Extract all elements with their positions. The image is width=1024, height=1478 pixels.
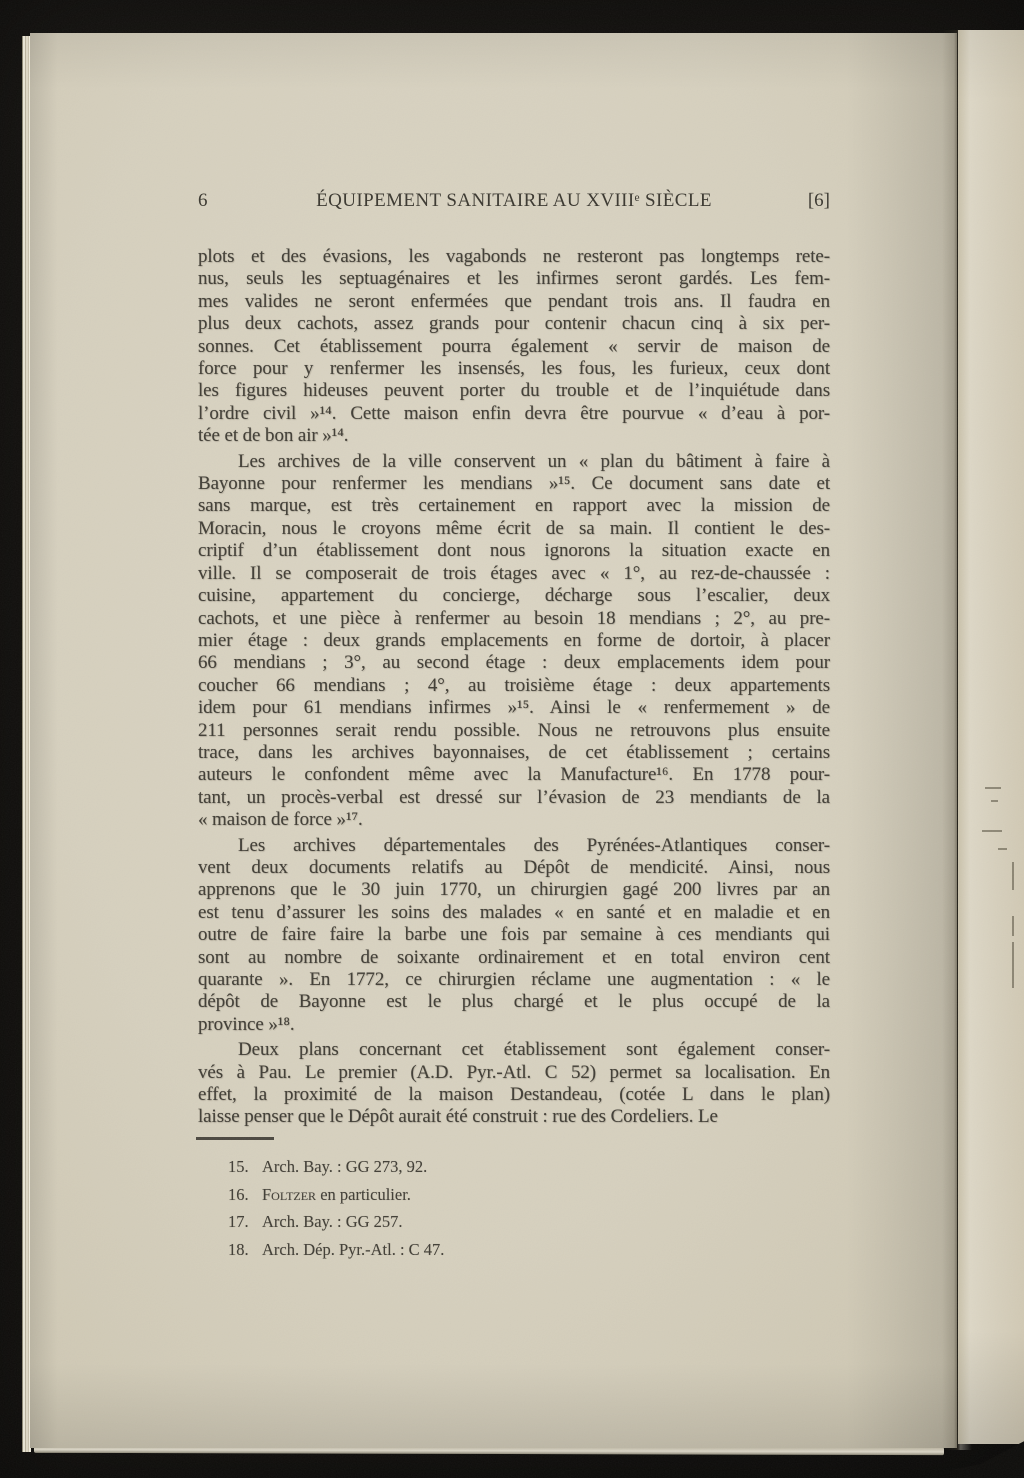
text-line: sans marque, est très certainement en ra… (198, 495, 830, 517)
text-line: tant, un procès-verbal est dressé sur l’… (198, 787, 830, 809)
footnote-16: 16. Foltzer en particulier. (228, 1181, 788, 1209)
text-line: auteurs le confondent même avec la Manuf… (198, 764, 830, 786)
bleed-mark (1012, 916, 1014, 936)
bleed-mark (985, 787, 1001, 789)
text-line: les figures hideuses peuvent porter du t… (198, 380, 830, 402)
page-number-right: [6] (760, 190, 830, 212)
book-page: 6 ÉQUIPEMENT SANITAIRE AU XVIIIᵉ SIÈCLE … (30, 33, 957, 1448)
text-line: vés à Pau. Le premier (A.D. Pyr.-Atl. C … (198, 1062, 830, 1084)
text-line: plots et des évasions, les vagabonds ne … (198, 246, 830, 268)
text-line: cuisine, appartement du concierge, décha… (198, 585, 830, 607)
text-line: Les archives de la ville conservent un «… (198, 451, 830, 473)
text-line: force pour y renfermer les insensés, les… (198, 358, 830, 380)
text-line: laisse penser que le Dépôt aurait été co… (198, 1106, 830, 1128)
text-line: criptif d’un établissement dont nous ign… (198, 540, 830, 562)
text-line: apprenons que le 30 juin 1770, un chirur… (198, 879, 830, 901)
text-line: outre de faire faire la barbe une fois p… (198, 924, 830, 946)
text-line: coucher 66 mendians ; 4°, au troisième é… (198, 675, 830, 697)
body-text: plots et des évasions, les vagabonds ne … (198, 246, 830, 1129)
text-line: 211 personnes serait rendu possible. Nou… (198, 720, 830, 742)
facing-page-edge (958, 30, 1024, 1444)
footnote-number: 15. (228, 1153, 262, 1181)
text-line: mier étage : deux grands emplacements en… (198, 630, 830, 652)
text-line: plus deux cachots, assez grands pour con… (198, 313, 830, 335)
page-header: 6 ÉQUIPEMENT SANITAIRE AU XVIIIᵉ SIÈCLE … (198, 190, 830, 214)
text-line: mes valides ne seront enfermées que pend… (198, 291, 830, 313)
footnote-15: 15. Arch. Bay. : GG 273, 92. (228, 1153, 788, 1181)
footnote-number: 17. (228, 1208, 262, 1236)
text-line: quarante ». En 1772, ce chirurgien récla… (198, 969, 830, 991)
footnote-text: Arch. Bay. : GG 273, 92. (262, 1153, 427, 1181)
footnote-18: 18. Arch. Dép. Pyr.-Atl. : C 47. (228, 1236, 788, 1264)
page-number-left: 6 (198, 190, 268, 212)
text-line: Moracin, nous le croyons même écrit de s… (198, 518, 830, 540)
bleed-mark (1012, 942, 1014, 988)
footnote-text: Arch. Dép. Pyr.-Atl. : C 47. (262, 1236, 444, 1264)
text-line: sont au nombre de soixante ordinairement… (198, 947, 830, 969)
text-line: tée et de bon air »¹⁴. (198, 425, 830, 447)
footnote-17: 17. Arch. Bay. : GG 257. (228, 1208, 788, 1236)
text-line: « maison de force »¹⁷. (198, 809, 830, 831)
running-title: ÉQUIPEMENT SANITAIRE AU XVIIIᵉ SIÈCLE (268, 190, 760, 212)
text-line: effet, la proximité de la maison Destand… (198, 1084, 830, 1106)
text-line: trace, dans les archives bayonnaises, de… (198, 742, 830, 764)
text-line: nus, seuls les septuagénaires et les inf… (198, 268, 830, 290)
photographed-book-scene: 6 ÉQUIPEMENT SANITAIRE AU XVIIIᵉ SIÈCLE … (0, 0, 1024, 1478)
footnote-separator-rule (196, 1137, 274, 1140)
text-line: cachots, et une pièce à renfermer au bes… (198, 608, 830, 630)
paragraph: Les archives départementales des Pyrénée… (198, 835, 830, 1037)
text-line: sonnes. Cet établissement pourra égaleme… (198, 336, 830, 358)
footnotes: 15. Arch. Bay. : GG 273, 92. 16. Foltzer… (228, 1153, 788, 1263)
footnote-text: Foltzer en particulier. (262, 1181, 411, 1209)
bleed-mark (991, 800, 998, 802)
text-line: est tenu d’assurer les soins des malades… (198, 902, 830, 924)
text-line: idem pour 61 mendians infirmes »¹⁵. Ains… (198, 697, 830, 719)
bleed-mark (982, 830, 1002, 832)
bleed-mark (1012, 862, 1014, 890)
bleed-mark (998, 848, 1007, 850)
paragraph: Deux plans concernant cet établissement … (198, 1039, 830, 1129)
text-line: Bayonne pour renfermer les mendians »¹⁵.… (198, 473, 830, 495)
text-line: l’ordre civil »¹⁴. Cette maison enfin de… (198, 403, 830, 425)
text-line: ville. Il se composerait de trois étages… (198, 563, 830, 585)
text-line: vent deux documents relatifs au Dépôt de… (198, 857, 830, 879)
text-line: Deux plans concernant cet établissement … (198, 1039, 830, 1061)
text-line: province »¹⁸. (198, 1014, 830, 1036)
paragraph: Les archives de la ville conservent un «… (198, 451, 830, 832)
text-line: 66 mendians ; 3°, au second étage : deux… (198, 652, 830, 674)
footnote-number: 18. (228, 1236, 262, 1264)
footnote-text: Arch. Bay. : GG 257. (262, 1208, 403, 1236)
footnote-number: 16. (228, 1181, 262, 1209)
text-line: dépôt de Bayonne est le plus chargé et l… (198, 991, 830, 1013)
paragraph: plots et des évasions, les vagabonds ne … (198, 246, 830, 448)
text-line: Les archives départementales des Pyrénée… (198, 835, 830, 857)
